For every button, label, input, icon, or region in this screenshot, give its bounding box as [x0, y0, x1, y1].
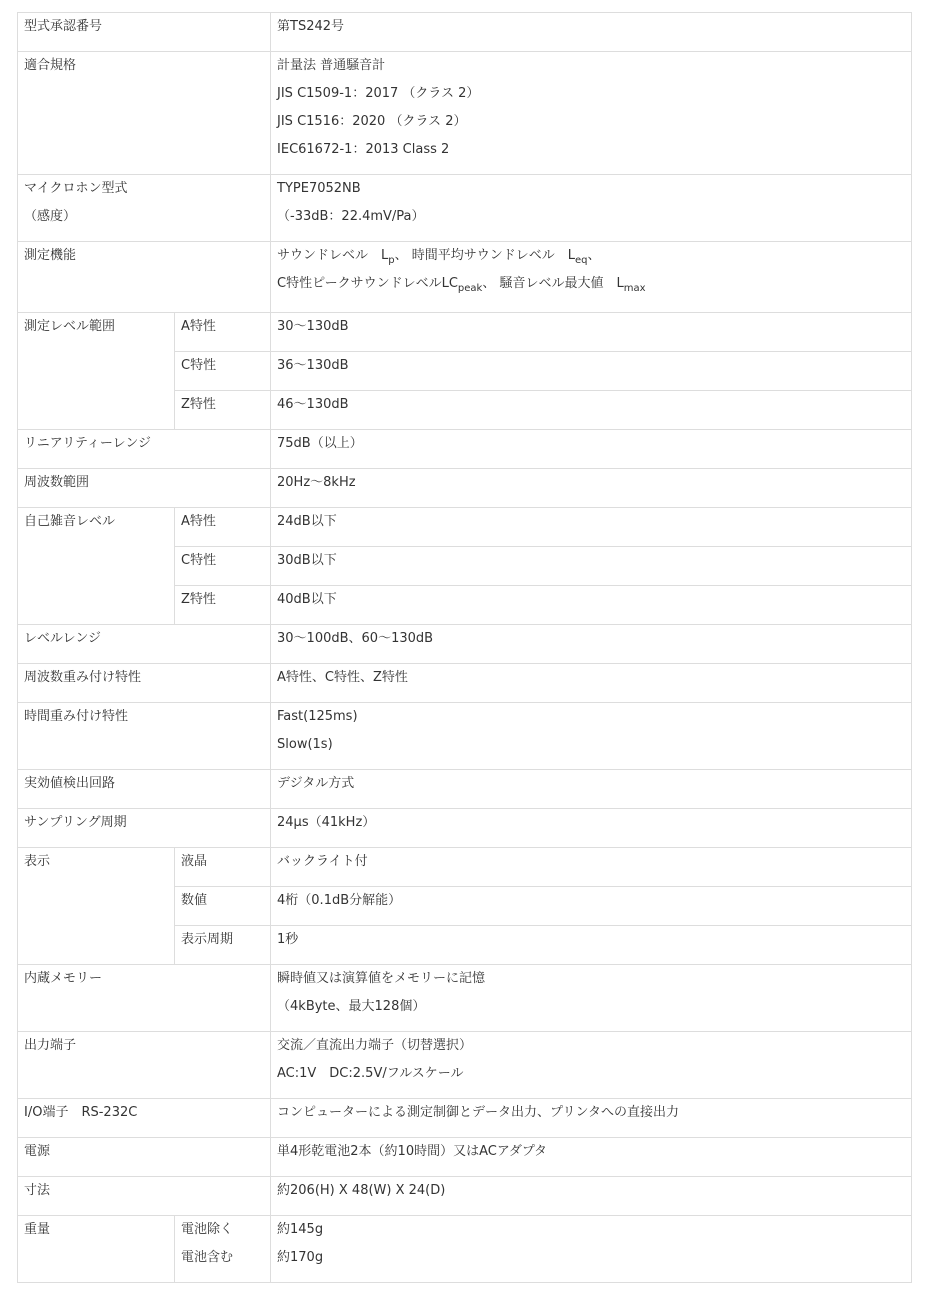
- row-value: 計量法 普通騒音計 JIS C1509-1：2017 （クラス 2） JIS C…: [271, 52, 912, 175]
- table-row: マイクロホン型式 （感度） TYPE7052NB （-33dB：22.4mV/P…: [18, 175, 912, 242]
- row-value: サウンドレベル Lp、 時間平均サウンドレベル Leq、 C特性ピークサウンドレ…: [271, 242, 912, 313]
- table-row: 周波数範囲 20Hz〜8kHz: [18, 469, 912, 508]
- row-value: 75dB（以上）: [271, 430, 912, 469]
- row-label: 適合規格: [18, 52, 271, 175]
- row-value: バックライト付: [271, 848, 912, 887]
- table-row: 寸法 約206(H) X 48(W) X 24(D): [18, 1177, 912, 1216]
- row-value: 第TS242号: [271, 13, 912, 52]
- row-value: 20Hz〜8kHz: [271, 469, 912, 508]
- row-value: 約206(H) X 48(W) X 24(D): [271, 1177, 912, 1216]
- row-value: 30〜100dB、60〜130dB: [271, 625, 912, 664]
- row-value: Fast(125ms) Slow(1s): [271, 703, 912, 770]
- row-label: 型式承認番号: [18, 13, 271, 52]
- row-label: 重量: [18, 1216, 175, 1283]
- row-value: 46〜130dB: [271, 391, 912, 430]
- row-sublabel: Z特性: [175, 391, 271, 430]
- row-value: 40dB以下: [271, 586, 912, 625]
- table-row: 周波数重み付け特性 A特性、C特性、Z特性: [18, 664, 912, 703]
- row-value: 瞬時値又は演算値をメモリーに記憶 （4kByte、最大128個）: [271, 965, 912, 1032]
- row-value: TYPE7052NB （-33dB：22.4mV/Pa）: [271, 175, 912, 242]
- table-row: 適合規格 計量法 普通騒音計 JIS C1509-1：2017 （クラス 2） …: [18, 52, 912, 175]
- row-value: 4桁（0.1dB分解能）: [271, 887, 912, 926]
- row-label: リニアリティーレンジ: [18, 430, 271, 469]
- row-value: 1秒: [271, 926, 912, 965]
- row-label: 時間重み付け特性: [18, 703, 271, 770]
- row-sublabel: C特性: [175, 547, 271, 586]
- table-row: 電源 単4形乾電池2本（約10時間）又はACアダプタ: [18, 1138, 912, 1177]
- row-sublabel: 電池除く 電池含む: [175, 1216, 271, 1283]
- table-row: 型式承認番号 第TS242号: [18, 13, 912, 52]
- row-sublabel: 数値: [175, 887, 271, 926]
- row-label: 測定レベル範囲: [18, 313, 175, 430]
- row-value: 36〜130dB: [271, 352, 912, 391]
- table-row: 内蔵メモリー 瞬時値又は演算値をメモリーに記憶 （4kByte、最大128個）: [18, 965, 912, 1032]
- row-value: コンピューターによる測定制御とデータ出力、プリンタへの直接出力: [271, 1099, 912, 1138]
- row-value: 単4形乾電池2本（約10時間）又はACアダプタ: [271, 1138, 912, 1177]
- table-row: 重量 電池除く 電池含む 約145g 約170g: [18, 1216, 912, 1283]
- row-value: A特性、C特性、Z特性: [271, 664, 912, 703]
- table-row: レベルレンジ 30〜100dB、60〜130dB: [18, 625, 912, 664]
- table-row: 実効値検出回路 デジタル方式: [18, 770, 912, 809]
- table-row: 自己雑音レベル A特性 24dB以下: [18, 508, 912, 547]
- row-sublabel: 表示周期: [175, 926, 271, 965]
- row-label: サンプリング周期: [18, 809, 271, 848]
- row-value: デジタル方式: [271, 770, 912, 809]
- row-value: 約145g 約170g: [271, 1216, 912, 1283]
- row-sublabel: A特性: [175, 313, 271, 352]
- row-sublabel: C特性: [175, 352, 271, 391]
- row-label: レベルレンジ: [18, 625, 271, 664]
- row-label: 周波数重み付け特性: [18, 664, 271, 703]
- row-label: 電源: [18, 1138, 271, 1177]
- row-label: 表示: [18, 848, 175, 965]
- row-value: 24µs（41kHz）: [271, 809, 912, 848]
- row-label: 周波数範囲: [18, 469, 271, 508]
- spec-table: 型式承認番号 第TS242号 適合規格 計量法 普通騒音計 JIS C1509-…: [17, 12, 912, 1283]
- row-label: 内蔵メモリー: [18, 965, 271, 1032]
- row-value: 30dB以下: [271, 547, 912, 586]
- row-value: 24dB以下: [271, 508, 912, 547]
- row-sublabel: A特性: [175, 508, 271, 547]
- row-label: マイクロホン型式 （感度）: [18, 175, 271, 242]
- table-row: 測定機能 サウンドレベル Lp、 時間平均サウンドレベル Leq、 C特性ピーク…: [18, 242, 912, 313]
- row-label: I/O端子 RS-232C: [18, 1099, 271, 1138]
- table-row: 時間重み付け特性 Fast(125ms) Slow(1s): [18, 703, 912, 770]
- row-label: 出力端子: [18, 1032, 271, 1099]
- table-row: リニアリティーレンジ 75dB（以上）: [18, 430, 912, 469]
- table-row: 表示 液晶 バックライト付: [18, 848, 912, 887]
- row-sublabel: Z特性: [175, 586, 271, 625]
- row-label: 寸法: [18, 1177, 271, 1216]
- row-sublabel: 液晶: [175, 848, 271, 887]
- table-row: I/O端子 RS-232C コンピューターによる測定制御とデータ出力、プリンタへ…: [18, 1099, 912, 1138]
- row-label: 測定機能: [18, 242, 271, 313]
- row-value: 30〜130dB: [271, 313, 912, 352]
- row-label: 自己雑音レベル: [18, 508, 175, 625]
- table-row: サンプリング周期 24µs（41kHz）: [18, 809, 912, 848]
- table-row: 出力端子 交流／直流出力端子（切替選択） AC:1V DC:2.5V/フルスケー…: [18, 1032, 912, 1099]
- row-label: 実効値検出回路: [18, 770, 271, 809]
- table-row: 測定レベル範囲 A特性 30〜130dB: [18, 313, 912, 352]
- row-value: 交流／直流出力端子（切替選択） AC:1V DC:2.5V/フルスケール: [271, 1032, 912, 1099]
